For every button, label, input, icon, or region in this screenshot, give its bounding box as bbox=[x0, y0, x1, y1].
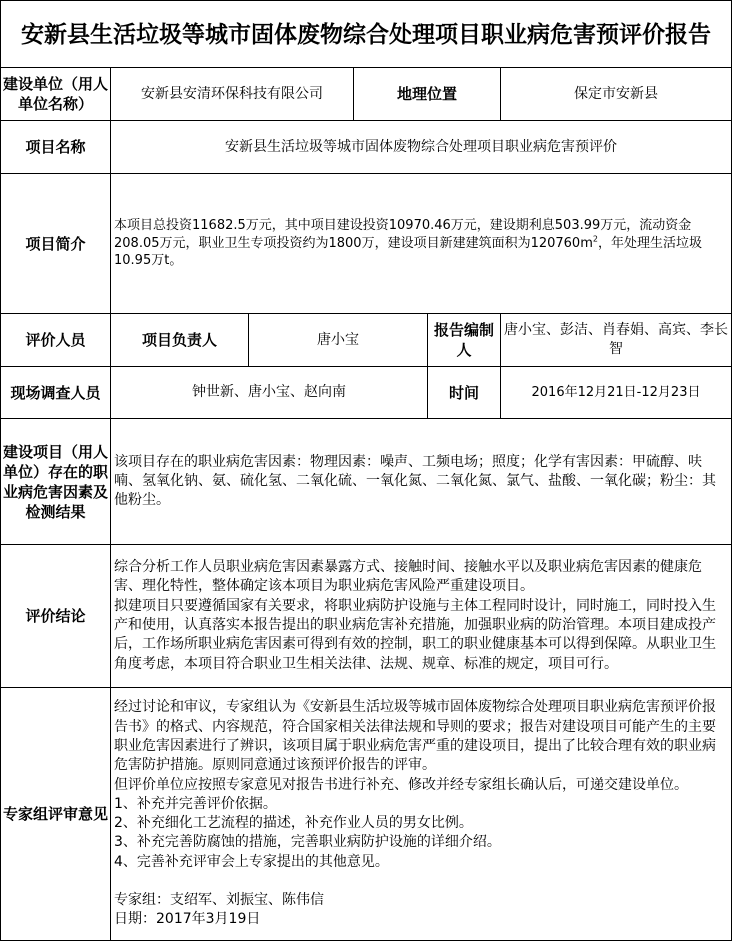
unit-value-cell: 安新县安清环保科技有限公司 bbox=[110, 67, 353, 120]
lead-label-cell: 项目负责人 bbox=[110, 313, 248, 366]
summary-label-cell: 项目简介 bbox=[0, 173, 110, 313]
expert-review-text-cell: 经过讨论和审议，专家组认为《安新县生活垃圾等城市固体废物综合处理项目职业病危害预… bbox=[110, 687, 731, 940]
expert-review-label: 专家组评审意见 bbox=[3, 804, 108, 824]
document-title-text: 安新县生活垃圾等城市固体废物综合处理项目职业病危害预评价报告 bbox=[21, 19, 711, 50]
lead-value-cell: 唐小宝 bbox=[248, 313, 427, 366]
survey-value-cell: 钟世新、唐小宝、赵向南 bbox=[110, 366, 427, 418]
authors-label: 报告编制人 bbox=[434, 320, 494, 360]
location-value: 保定市安新县 bbox=[574, 85, 658, 104]
report-form-table: 安新县生活垃圾等城市固体废物综合处理项目职业病危害预评价报告 建设单位（用人单位… bbox=[0, 0, 732, 941]
summary-text-cell: 本项目总投资11682.5万元，其中项目建设投资10970.46万元，建设期利息… bbox=[110, 173, 731, 313]
unit-label-cell: 建设单位（用人单位名称） bbox=[0, 67, 110, 120]
expert-review-text: 经过讨论和审议，专家组认为《安新县生活垃圾等城市固体废物综合处理项目职业病危害预… bbox=[114, 698, 729, 929]
expert-review-paragraph: 但评价单位应按照专家意见对报告书进行补充、修改并经专家组长确认后，可递交建设单位… bbox=[114, 776, 729, 795]
expert-review-item: 1、补充并完善评价依据。 bbox=[114, 795, 729, 814]
lead-value: 唐小宝 bbox=[317, 331, 359, 350]
conclusion-text: 综合分析工作人员职业病危害因素暴露方式、接触时间、接触水平以及职业病危害因素的健… bbox=[114, 558, 729, 674]
project-name-value-cell: 安新县生活垃圾等城市固体废物综合处理项目职业病危害预评价 bbox=[110, 120, 731, 173]
conclusion-paragraph: 综合分析工作人员职业病危害因素暴露方式、接触时间、接触水平以及职业病危害因素的健… bbox=[114, 558, 729, 597]
hazards-label: 建设项目（用人单位）存在的职业病危害因素及检测结果 bbox=[3, 442, 108, 522]
lead-label: 项目负责人 bbox=[142, 330, 217, 350]
conclusion-label-cell: 评价结论 bbox=[0, 544, 110, 687]
hazards-label-cell: 建设项目（用人单位）存在的职业病危害因素及检测结果 bbox=[0, 418, 110, 544]
authors-value-cell: 唐小宝、彭洁、肖春娟、高宾、李长智 bbox=[500, 313, 731, 366]
time-label-cell: 时间 bbox=[427, 366, 500, 418]
evaluators-label: 评价人员 bbox=[25, 330, 85, 350]
survey-label-cell: 现场调查人员 bbox=[0, 366, 110, 418]
project-name-label: 项目名称 bbox=[25, 137, 85, 157]
table-right-border bbox=[731, 0, 732, 941]
evaluators-label-cell: 评价人员 bbox=[0, 313, 110, 366]
summary-label: 项目简介 bbox=[25, 234, 85, 254]
conclusion-paragraph: 拟建项目只要遵循国家有关要求，将职业病防护设施与主体工程同时设计，同时施工，同时… bbox=[114, 597, 729, 674]
hazards-text: 该项目存在的职业病危害因素：物理因素：噪声、工频电场；照度；化学有害因素：甲硫醇… bbox=[114, 453, 729, 510]
summary-text: 本项目总投资11682.5万元，其中项目建设投资10970.46万元，建设期利息… bbox=[114, 217, 729, 270]
review-date: 日期：2017年3月19日 bbox=[114, 910, 729, 929]
conclusion-label: 评价结论 bbox=[25, 606, 85, 626]
project-name-label-cell: 项目名称 bbox=[0, 120, 110, 173]
location-value-cell: 保定市安新县 bbox=[500, 67, 731, 120]
expert-review-item: 2、补充细化工艺流程的描述，补充作业人员的男女比例。 bbox=[114, 814, 729, 833]
time-value: 2016年12月21日-12月23日 bbox=[532, 383, 701, 402]
expert-review-item: 4、完善补充评审会上专家提出的其他意见。 bbox=[114, 853, 729, 872]
survey-label: 现场调查人员 bbox=[10, 383, 100, 403]
expert-review-paragraph: 经过讨论和审议，专家组认为《安新县生活垃圾等城市固体废物综合处理项目职业病危害预… bbox=[114, 698, 729, 775]
authors-label-cell: 报告编制人 bbox=[427, 313, 500, 366]
hazards-text-cell: 该项目存在的职业病危害因素：物理因素：噪声、工频电场；照度；化学有害因素：甲硫醇… bbox=[110, 418, 731, 544]
expert-review-spacer bbox=[114, 872, 729, 891]
project-name-value: 安新县生活垃圾等城市固体废物综合处理项目职业病危害预评价 bbox=[225, 138, 617, 157]
time-label: 时间 bbox=[449, 383, 479, 403]
time-value-cell: 2016年12月21日-12月23日 bbox=[500, 366, 731, 418]
document-title: 安新县生活垃圾等城市固体废物综合处理项目职业病危害预评价报告 bbox=[0, 0, 731, 67]
authors-value: 唐小宝、彭洁、肖春娟、高宾、李长智 bbox=[503, 321, 729, 359]
conclusion-text-cell: 综合分析工作人员职业病危害因素暴露方式、接触时间、接触水平以及职业病危害因素的健… bbox=[110, 544, 731, 687]
expert-review-item: 3、补充完善防腐蚀的措施，完善职业病防护设施的详细介绍。 bbox=[114, 833, 729, 852]
unit-value: 安新县安清环保科技有限公司 bbox=[141, 85, 323, 104]
expert-review-label-cell: 专家组评审意见 bbox=[0, 687, 110, 940]
location-label: 地理位置 bbox=[397, 84, 457, 104]
table-bottom-border bbox=[0, 940, 732, 941]
expert-panel-names: 专家组：支绍军、刘振宝、陈伟信 bbox=[114, 891, 729, 910]
unit-label: 建设单位（用人单位名称） bbox=[3, 74, 108, 114]
survey-value: 钟世新、唐小宝、赵向南 bbox=[192, 383, 346, 402]
location-label-cell: 地理位置 bbox=[353, 67, 500, 120]
